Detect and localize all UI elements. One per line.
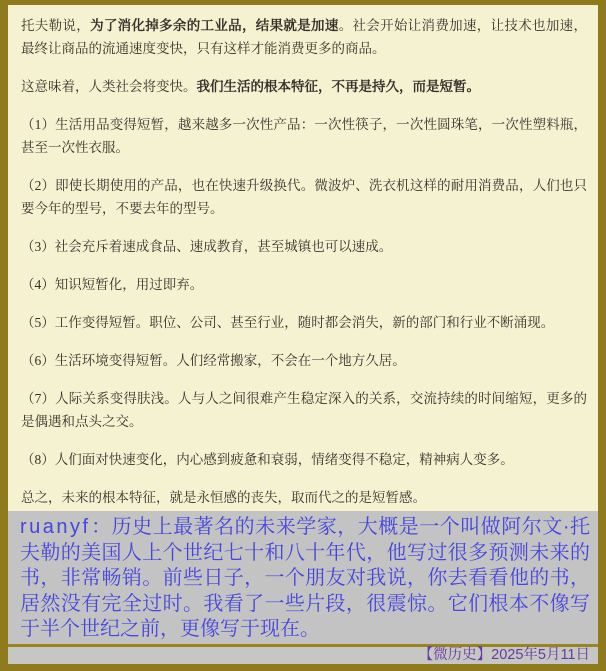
- paragraph-item-3: （3）社会充斥着速成食品、速成教育，甚至城镇也可以速成。: [21, 235, 587, 258]
- paragraph-item-1: （1）生活用品变得短暂，越来越多一次性产品：一次性筷子，一次性圆珠笔，一次性塑料…: [21, 113, 587, 159]
- paragraph-item-7: （7）人际关系变得肤浅。人与人之间很难产生稳定深入的关系，交流持续的时间缩短，更…: [21, 387, 587, 433]
- text-segment: （5）工作变得短暂。职位、公司、甚至行业，随时都会消失，新的部门和行业不断涌现。: [21, 315, 554, 330]
- source-date-label: 【微历史】2025年5月11日: [419, 647, 590, 663]
- text-segment-bold: 我们生活的根本特征，不再是持久，而是短暂。: [197, 79, 481, 94]
- footer-bar: 【微历史】2025年5月11日: [8, 647, 598, 664]
- article-section: 托夫勒说，为了消化掉多余的工业品，结果就是加速。社会开始让消费加速，让技术也加速…: [8, 5, 598, 511]
- text-segment: （2）即使长期使用的产品，也在快速升级换代。微波炉、洗衣机这样的耐用消费品，人们…: [21, 178, 587, 216]
- paragraph-item-8: （8）人们面对快速变化，内心感到疲惫和衰弱，情绪变得不稳定，精神病人变多。: [21, 448, 587, 471]
- post-card: 托夫勒说，为了消化掉多余的工业品，结果就是加速。社会开始让消费加速，让技术也加速…: [0, 0, 606, 671]
- text-segment: （3）社会充斥着速成食品、速成教育，甚至城镇也可以速成。: [21, 239, 392, 254]
- text-segment: 托夫勒说，: [21, 18, 90, 33]
- text-segment: 这意味着，人类社会将变快。: [21, 79, 197, 94]
- paragraph-item-6: （6）生活环境变得短暂。人们经常搬家，不会在一个地方久居。: [21, 349, 587, 372]
- paragraph-summary: 总之，未来的根本特征，就是永恒感的丧失，取而代之的是短暂感。: [21, 486, 587, 509]
- text-segment: （6）生活环境变得短暂。人们经常搬家，不会在一个地方久居。: [21, 353, 406, 368]
- comment-author: ruanyf: [20, 516, 91, 538]
- paragraph-intro: 托夫勒说，为了消化掉多余的工业品，结果就是加速。社会开始让消费加速，让技术也加速…: [21, 14, 587, 60]
- paragraph-item-4: （4）知识短暂化，用过即弃。: [21, 273, 587, 296]
- paragraph-thesis: 这意味着，人类社会将变快。我们生活的根本特征，不再是持久，而是短暂。: [21, 75, 587, 98]
- comment-section: ruanyf：历史上最著名的未来学家，大概是一个叫做阿尔文·托夫勒的美国人上个世…: [8, 511, 598, 644]
- text-segment: （1）生活用品变得短暂，越来越多一次性产品：一次性筷子，一次性圆珠笔，一次性塑料…: [21, 117, 587, 155]
- text-segment: （8）人们面对快速变化，内心感到疲惫和衰弱，情绪变得不稳定，精神病人变多。: [21, 452, 514, 467]
- text-segment: （7）人际关系变得肤浅。人与人之间很难产生稳定深入的关系，交流持续的时间缩短，更…: [21, 391, 587, 429]
- text-segment: 总之，未来的根本特征，就是永恒感的丧失，取而代之的是短暂感。: [21, 490, 426, 505]
- paragraph-item-2: （2）即使长期使用的产品，也在快速升级换代。微波炉、洗衣机这样的耐用消费品，人们…: [21, 174, 587, 220]
- text-segment: （4）知识短暂化，用过即弃。: [21, 277, 203, 292]
- comment-separator: ：: [91, 516, 112, 538]
- text-segment-bold: 为了消化掉多余的工业品，结果就是加速: [90, 18, 339, 33]
- paragraph-item-5: （5）工作变得短暂。职位、公司、甚至行业，随时都会消失，新的部门和行业不断涌现。: [21, 311, 587, 334]
